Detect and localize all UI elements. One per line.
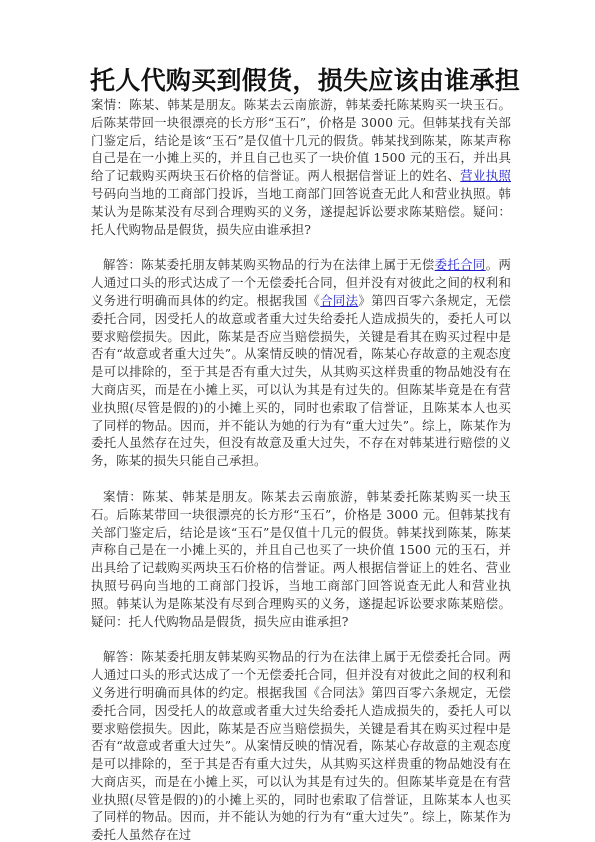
case-text-1a: 案情：陈某、韩某是朋友。陈某去云南旅游，韩某委托陈某购买一块玉石。后陈某带回一块… (91, 97, 511, 183)
contract-law-link[interactable]: 合同法 (320, 293, 358, 308)
case-paragraph-1: 案情：陈某、韩某是朋友。陈某去云南旅游，韩某委托陈某购买一块玉石。后陈某带回一块… (91, 96, 511, 238)
case-paragraph-2: 案情：陈某、韩某是朋友。陈某去云南旅游，韩某委托陈某购买一块玉石。后陈某带回一块… (91, 488, 511, 630)
document-page: 托人代购买到假货，损失应该由谁承担 案情：陈某、韩某是朋友。陈某去云南旅游，韩某… (91, 66, 511, 842)
paragraph-gap (91, 470, 511, 488)
paragraph-gap (91, 238, 511, 256)
answer-paragraph-1: 解答：陈某委托朋友韩某购买物品的行为在法律上属于无偿委托合同。两人通过口头的形式… (91, 256, 511, 470)
paragraph-gap (91, 630, 511, 648)
case-text-1b: 号码向当地的工商部门投诉，当地工商部门回答说查无此人和营业执照。韩某认为是陈某没… (91, 186, 511, 237)
page-title: 托人代购买到假货，损失应该由谁承担 (90, 66, 511, 96)
answer-paragraph-2: 解答：陈某委托朋友韩某购买物品的行为在法律上属于无偿委托合同。两人通过口头的形式… (91, 648, 511, 842)
answer-text-1c: 》第四百零六条规定，无偿委托合同，因受托人的故意或者重大过失给委托人造成损失的，… (91, 293, 511, 468)
entrustment-contract-link[interactable]: 委托合同 (435, 257, 486, 272)
business-license-link[interactable]: 营业执照 (460, 168, 511, 183)
answer-text-1a: 解答：陈某委托朋友韩某购买物品的行为在法律上属于无偿 (103, 257, 435, 272)
